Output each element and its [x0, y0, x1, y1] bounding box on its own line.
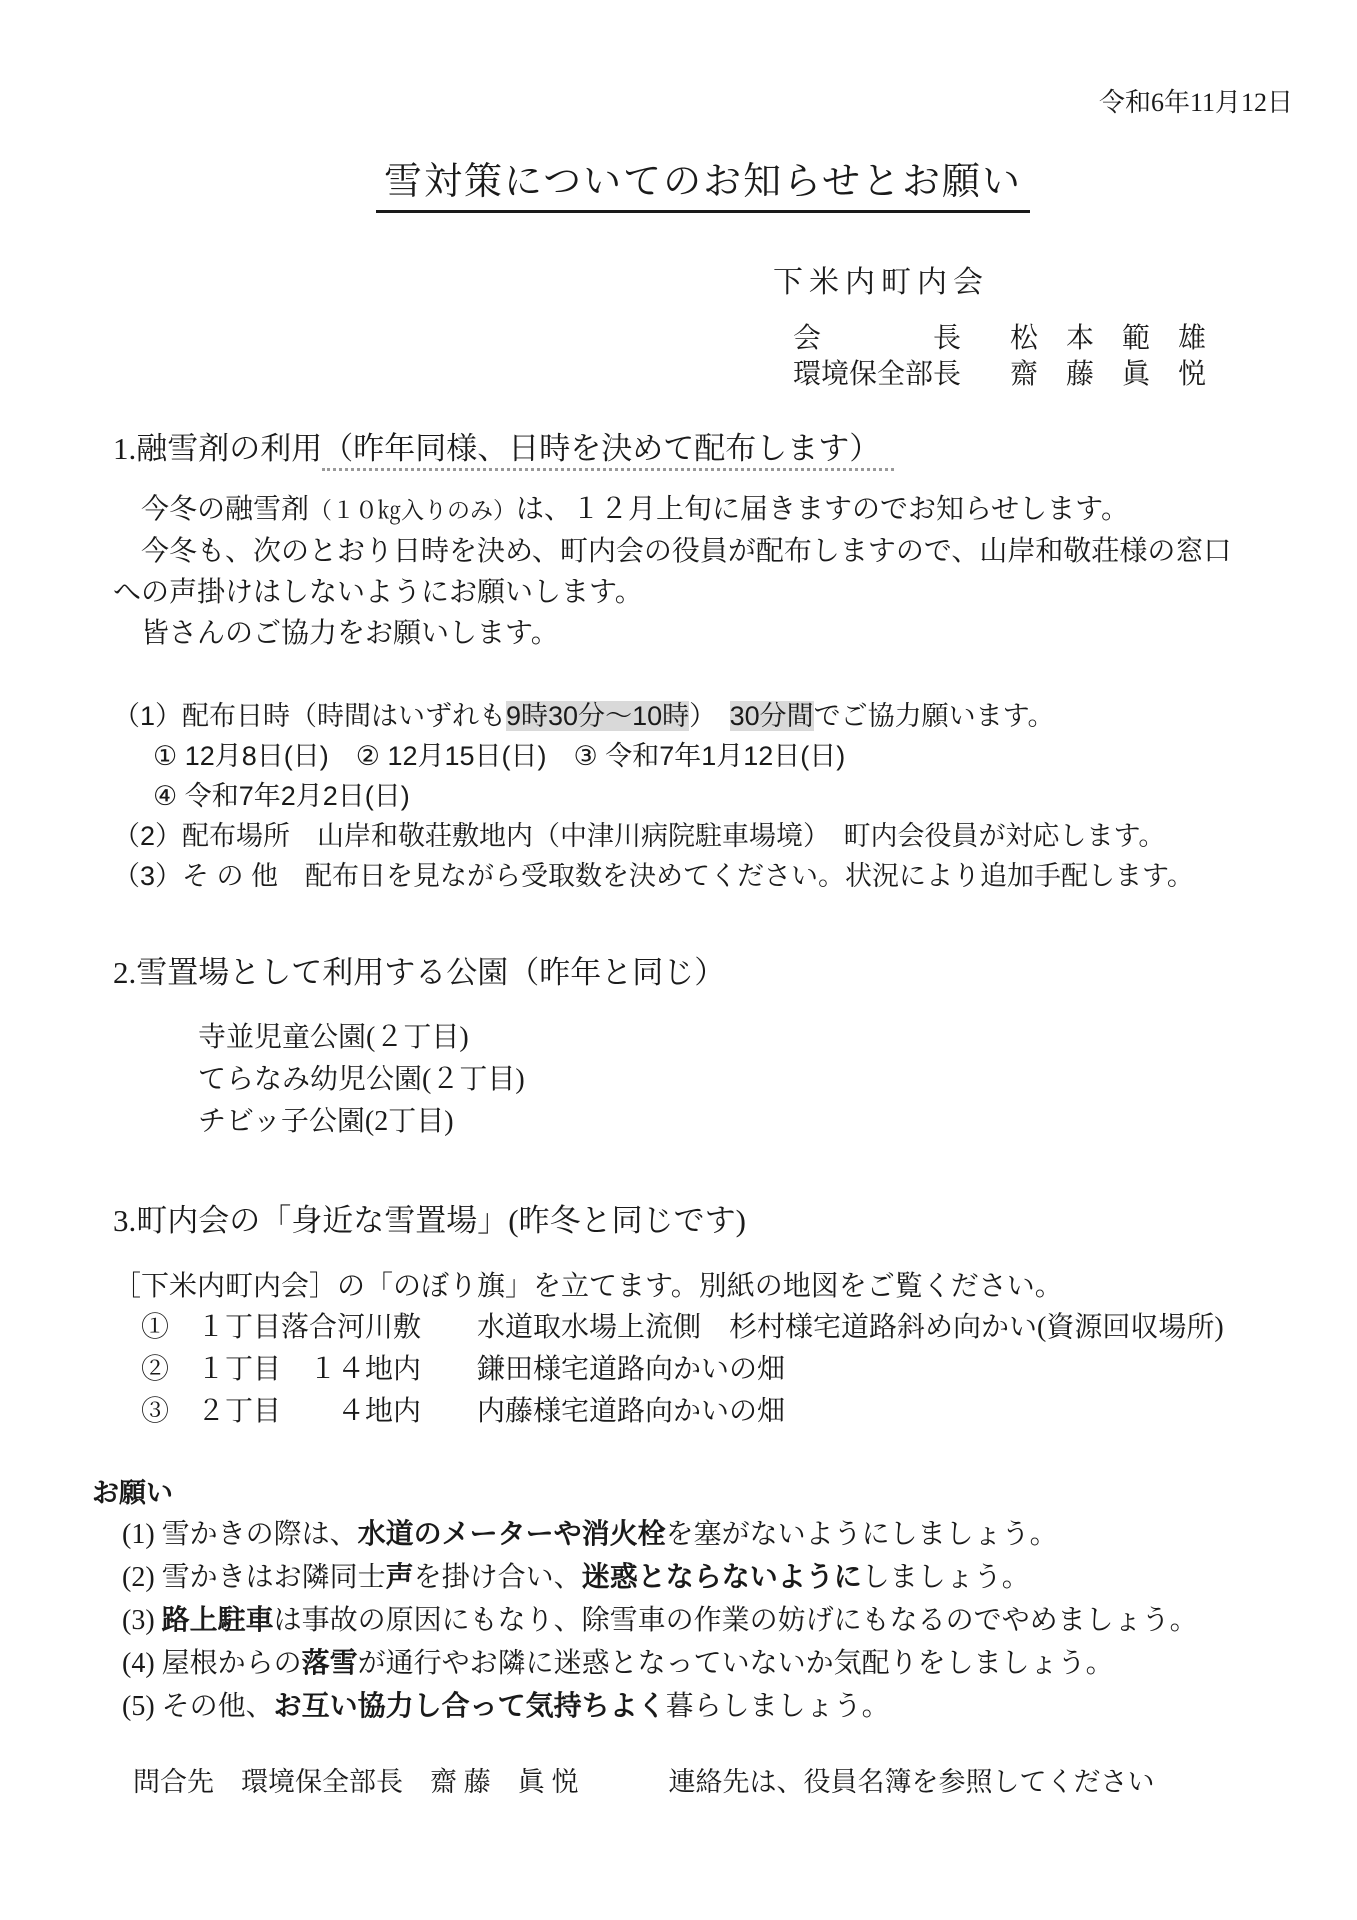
park-item: てらなみ幼児公園(２丁目)	[198, 1059, 1293, 1101]
snow-spot-item: ② １丁目 １４地内 鎌田様宅道路向かいの畑	[141, 1349, 1293, 1391]
park-item: 寺並児童公園(２丁目)	[198, 1017, 1293, 1059]
bold-text: 水道のメーターや消火栓	[358, 1518, 666, 1549]
signatory-row: 環境保全部長齋 藤 眞 悦	[793, 357, 1293, 393]
request-item: (1) 雪かきの際は、水道のメーターや消火栓を塞がないようにしましょう。	[122, 1513, 1293, 1556]
paragraph-line: 皆さんのご協力をお願いします。	[113, 613, 1293, 654]
park-list: 寺並児童公園(２丁目)てらなみ幼児公園(２丁目)チビッ子公園(2丁目)	[113, 1017, 1293, 1143]
text-run: 皆さんのご協力をお願いします。	[113, 618, 559, 649]
text-run: を塞がないようにしましょう。	[666, 1519, 1058, 1550]
section-2-heading: 2.雪置場として利用する公園（昨年と同じ）	[113, 951, 1293, 995]
organization-name: 下米内町内会	[773, 257, 1293, 301]
text-run: 今冬の融雪剤	[113, 494, 309, 525]
request-item: (3) 路上駐車は事故の原因にもなり、除雪車の作業の妨げにもなるのでやめましょう…	[122, 1599, 1293, 1642]
snow-spot-item: ① １丁目落合河川敷 水道取水場上流側 杉村様宅道路斜め向かい(資源回収場所)	[141, 1307, 1293, 1349]
signatory-row: 会 長松 本 範 雄	[793, 321, 1293, 357]
signatory-name: 齋 藤 眞 悦	[1010, 357, 1206, 393]
text-run: (4) 屋根からの	[122, 1648, 302, 1679]
document-page: 令和6年11月12日 雪対策についてのお知らせとお願い 下米内町内会 会 長松 …	[0, 0, 1357, 1920]
text-run: は事故の原因にもなり、除雪車の作業の妨げにもなるのでやめましょう。	[274, 1605, 1198, 1636]
highlighted-text: 9時30分～10時	[506, 701, 689, 731]
notice-item-line: （2）配布場所 山岸和敬荘敷地内（中津川病院駐車場境） 町内会役員が対応します。	[113, 816, 1293, 856]
text-run: (5) その他、	[122, 1691, 274, 1722]
footer-row: 問合先 環境保全部長 齋 藤 眞 悦 連絡先は、役員名簿を参照してください	[113, 1764, 1293, 1800]
paragraph-line: 今冬の融雪剤（１０㎏入りのみ）は、１２月上旬に届きますのでお知らせします。	[113, 489, 1293, 531]
signatory-role: 会 長	[793, 321, 978, 357]
bold-text: お互い協力し合って気持ちよく	[274, 1690, 666, 1721]
text-run: （１０㎏入りのみ）	[309, 498, 516, 523]
bold-text: 路上駐車	[162, 1604, 274, 1635]
text-run: （1）配布日時（時間はいずれも	[113, 701, 506, 731]
text-run: ① 12月8日(日) ② 12月15日(日) ③ 令和7年1月12日(日)	[153, 741, 845, 771]
requests-heading: お願い	[92, 1475, 1293, 1511]
text-run: への声掛けはしないようにお願いします。	[113, 577, 643, 608]
bold-text: 声	[386, 1561, 414, 1592]
request-item: (4) 屋根からの落雪が通行やお隣に迷惑となっていないか気配りをしましょう。	[122, 1642, 1293, 1685]
section-1-paragraph: 今冬の融雪剤（１０㎏入りのみ）は、１２月上旬に届きますのでお知らせします。 今冬…	[113, 489, 1293, 654]
request-item: (5) その他、お互い協力し合って気持ちよく暮らしましょう。	[122, 1685, 1293, 1728]
text-run: でご協力願います。	[814, 701, 1055, 731]
signatory-block: 会 長松 本 範 雄環境保全部長齋 藤 眞 悦	[113, 321, 1293, 393]
paragraph-line: 今冬も、次のとおり日時を決め、町内会の役員が配布しますので、山岸和敬荘様の窓口	[113, 531, 1293, 572]
section-1-heading-main: 1.融雪剤の利用	[113, 431, 322, 466]
text-run: が通行やお隣に迷惑となっていないか気配りをしましょう。	[358, 1648, 1114, 1679]
title-row: 雪対策についてのお知らせとお願い	[113, 150, 1293, 213]
notice-item-line: ④ 令和7年2月2日(日)	[113, 776, 1293, 816]
footer-note: 連絡先は、役員名簿を参照してください	[669, 1764, 1155, 1800]
footer-contact: 問合先 環境保全部長 齋 藤 眞 悦	[133, 1764, 579, 1800]
section-3-heading: 3.町内会の「身近な雪置場」(昨冬と同じです)	[113, 1199, 1293, 1243]
text-run: (3)	[122, 1605, 162, 1636]
bold-text: 落雪	[302, 1647, 358, 1678]
request-list: (1) 雪かきの際は、水道のメーターや消火栓を塞がないようにしましょう。(2) …	[113, 1513, 1293, 1728]
document-date: 令和6年11月12日	[113, 86, 1293, 120]
park-item: チビッ子公園(2丁目)	[198, 1101, 1293, 1143]
text-run: ④ 令和7年2月2日(日)	[153, 781, 410, 811]
signatory-name: 松 本 範 雄	[1010, 321, 1206, 357]
text-run: (2) 雪かきはお隣同士	[122, 1562, 386, 1593]
signatory-role: 環境保全部長	[793, 357, 978, 393]
section-1-item-list: （1）配布日時（時間はいずれも9時30分～10時） 30分間でご協力願います。①…	[113, 696, 1293, 896]
section-1-heading: 1.融雪剤の利用（昨年同様、日時を決めて配布します）	[113, 427, 1293, 471]
notice-item-line: （3）そ の 他 配布日を見ながら受取数を決めてください。状況により追加手配しま…	[113, 856, 1293, 896]
text-run: (1) 雪かきの際は、	[122, 1519, 358, 1550]
text-run: 今冬も、次のとおり日時を決め、町内会の役員が配布しますので、山岸和敬荘様の窓口	[113, 536, 1231, 567]
notice-item-line: ① 12月8日(日) ② 12月15日(日) ③ 令和7年1月12日(日)	[113, 736, 1293, 776]
highlighted-text: 30分間	[730, 701, 814, 731]
text-run: は、１２月上旬に届きますのでお知らせします。	[516, 494, 1129, 525]
paragraph-line: への声掛けはしないようにお願いします。	[113, 572, 1293, 613]
text-run: しましょう。	[862, 1562, 1030, 1593]
request-item: (2) 雪かきはお隣同士声を掛け合い、迷惑とならないようにしましょう。	[122, 1556, 1293, 1599]
text-run: （2）配布場所 山岸和敬荘敷地内（中津川病院駐車場境） 町内会役員が対応します。	[113, 821, 1165, 851]
notice-item-line: （1）配布日時（時間はいずれも9時30分～10時） 30分間でご協力願います。	[113, 696, 1293, 736]
snow-spot-list: ① １丁目落合河川敷 水道取水場上流側 杉村様宅道路斜め向かい(資源回収場所)②…	[113, 1307, 1293, 1433]
bold-text: 迷惑とならないように	[582, 1561, 862, 1592]
section-1-heading-sub: （昨年同様、日時を決めて配布します）	[322, 431, 894, 471]
text-run: ）	[689, 701, 730, 731]
text-run: を掛け合い、	[414, 1562, 582, 1593]
snow-spot-item: ③ ２丁目 ４地内 内藤様宅道路向かいの畑	[141, 1391, 1293, 1433]
section-3-intro: ［下米内町内会］の「のぼり旗」を立てます。別紙の地図をご覧ください。	[113, 1267, 1293, 1307]
text-run: 暮らしましょう。	[666, 1691, 890, 1722]
text-run: （3）そ の 他 配布日を見ながら受取数を決めてください。状況により追加手配しま…	[113, 861, 1194, 891]
document-title: 雪対策についてのお知らせとお願い	[376, 150, 1030, 213]
